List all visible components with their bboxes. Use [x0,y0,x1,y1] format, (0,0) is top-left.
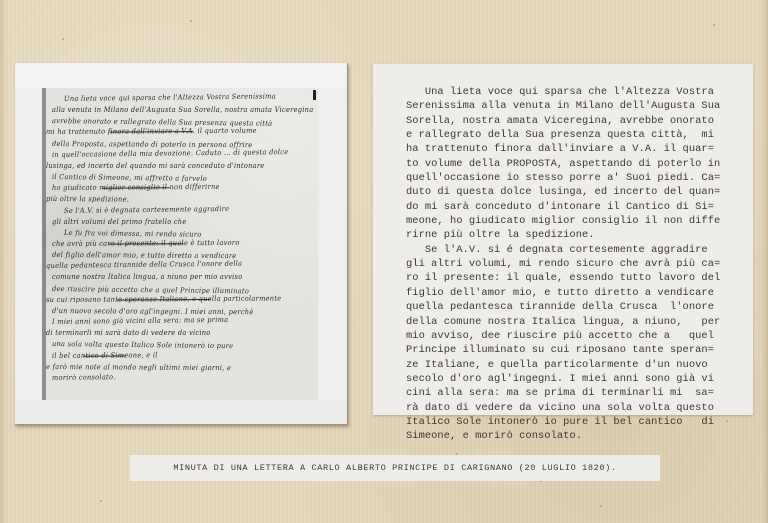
handwriting-line: il bel cantico di Simeone, e il [52,350,158,360]
transcription-line: gli altri volumi, mi rendo sicuro che av… [406,257,746,271]
transcription-line: secolo d'oro agl'ingegni. I miei anni so… [406,372,746,386]
transcription-text: Una lieta voce qui sparsa che l'Altezza … [406,85,746,444]
transcription-line: Principe illuminato su cui riposano tant… [406,343,746,357]
transcription-line: e rallegrato della Sua presenza questa c… [406,128,746,142]
transcription-line: della comune nostra Italica lingua, a ni… [406,315,746,329]
transcription-line: ze Italiane, e quella particolarmente d'… [406,358,746,372]
transcription-line: to volume della PROPOSTA, aspettando di … [406,157,746,171]
transcription-line: Sorella, nostra amata Viceregina, avrebb… [406,114,746,128]
foxing-spot [190,20,192,22]
photo-bottom-border [15,400,347,424]
photo-top-border [15,63,347,88]
manuscript-handwriting-image: Una lieta voce qui sparsa che l'Altezza … [42,88,318,400]
transcription-line: quella pedantesca tirannide della Crusca… [406,300,746,314]
handwriting-line: Una lieta voce qui sparsa che l'Altezza … [64,91,276,103]
foxing-spot [62,38,64,40]
transcription-line: duto di questa dolce lusinga, ed incerto… [406,185,746,199]
transcription-line: meone, ho giudicato miglior consiglio il… [406,214,746,228]
transcription-line: Serenissima alla venuta in Milano dell'A… [406,99,746,113]
handwriting-line: I miei anni sono già vicini alla sera: m… [52,315,228,326]
handwriting-line: Le fu fra voi dimessa, mi rendo sicuro [64,228,202,239]
transcription-line: figlio dell'amor mio, e tutto diretto a … [406,286,746,300]
caption-text: MINUTA DI UNA LETTERA A CARLO ALBERTO PR… [130,455,660,481]
transcription-line: mio avviso, dee riuscire più accetto che… [406,329,746,343]
handwriting-line: lusinga, ed incerto del quando mi sarà c… [46,161,264,170]
handwriting-line: che avrà più caro il presente: il quale … [52,238,240,248]
handwriting-line: Se l'A.V. si è degnata cortesemente aggr… [64,204,229,215]
typed-transcription-sheet: Una lieta voce qui sparsa che l'Altezza … [373,64,753,415]
mat-edge-left [0,0,6,523]
handwriting-line: ho giudicato miglior consiglio il non di… [52,182,220,192]
photo-corner-mark [313,90,316,100]
transcription-line: rà dato di vedere da vicino una sola vol… [406,401,746,415]
mat-edge-right [762,0,768,523]
transcription-line: ha trattenuto finora dall'inviare a V.A.… [406,142,746,156]
handwriting-line: quella pedantesca tirannide della Crusca… [46,259,242,270]
handwriting-line: su cui riposano tante speranze Italiane,… [46,293,281,303]
transcription-line: Simeone, e morirò consolato. [406,429,746,443]
handwriting-line: e farò mie note al mondo negli ultimi mi… [46,362,231,372]
foxing-spot [600,505,602,507]
transcription-line: Italico Sole intonerò io pure il bel can… [406,415,746,429]
handwriting-line: gli altri volumi del primo fratello che [52,217,187,226]
handwriting-line: morirò consolato. [52,372,116,382]
handwriting-line: alla venuta in Milano dell'Augusta Sua S… [52,105,313,114]
transcription-line: ro il presente: il quale, essendo tutto … [406,271,746,285]
transcription-line: quell'occasione io stesso porre a' Suoi … [406,171,746,185]
caption-label: MINUTA DI UNA LETTERA A CARLO ALBERTO PR… [130,455,660,481]
handwriting-line: comune nostra Italica lingua, a niuno pe… [52,272,242,281]
transcription-line: Se l'A.V. si é degnata cortesemente aggr… [406,243,746,257]
handwriting-line: più oltre la spedizione. [46,194,129,204]
foxing-spot [100,500,102,502]
transcription-line: do mi sarà conceduto d'intonare il Canti… [406,200,746,214]
foxing-spot [713,24,715,26]
transcription-line: cini alla sera: ma se prima di terminarl… [406,386,746,400]
transcription-line: rirne più oltre la spedizione. [406,228,746,242]
handwriting-line: in quell'occasione della mia devozione. … [52,147,289,159]
handwriting-line: di terminarli mi sarà dato di vedere da … [46,328,211,337]
manuscript-photo-print: Una lieta voce qui sparsa che l'Altezza … [15,63,348,425]
handwriting-line: una sola volta questo Italico Sole inton… [52,339,233,350]
handwriting-line: mi ha trattenuto finora dall'inviare a V… [46,126,257,136]
transcription-line: Una lieta voce qui sparsa che l'Altezza … [406,85,746,99]
